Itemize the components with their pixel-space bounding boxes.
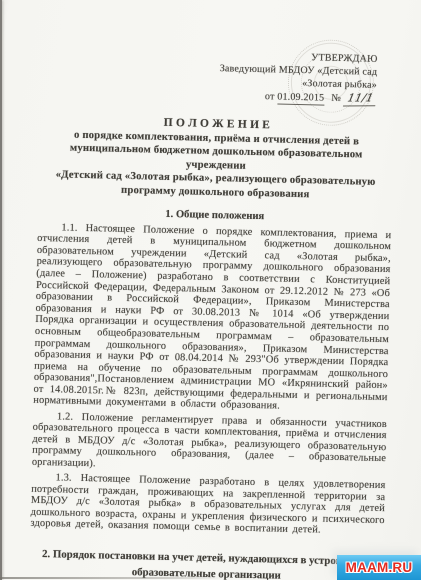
- paragraph-1-2: 1.2. Положение регламентирует права и об…: [32, 410, 387, 476]
- section-2-heading: 2. Порядок постановки на учет детей, нуж…: [29, 547, 384, 580]
- approval-block: УТВЕРЖДАЮ Заведующий МБДОУ «Детский сад …: [40, 45, 377, 107]
- scan-edge-left: [0, 0, 2, 580]
- approval-date: 01.09.2015: [277, 91, 324, 105]
- document-title: П О Л О Ж Е Н И Е о порядке комплектован…: [38, 114, 394, 204]
- approval-number-handwritten: 11/1: [343, 91, 378, 106]
- scanned-document-page: УТВЕРЖДАЮ Заведующий МБДОУ «Детский сад …: [0, 0, 421, 580]
- date-prefix: от: [265, 91, 275, 102]
- document-content: УТВЕРЖДАЮ Заведующий МБДОУ «Детский сад …: [29, 0, 397, 580]
- maam-watermark-text: MAAM.RU: [346, 560, 413, 575]
- number-sign: №: [331, 93, 341, 104]
- paragraph-1-1: 1.1. Настоящее Положение о порядке компл…: [33, 221, 391, 415]
- maam-watermark: MAAM.RU: [337, 555, 421, 580]
- paragraph-1-3: 1.3. Настоящее Положение разработано в ц…: [30, 472, 385, 538]
